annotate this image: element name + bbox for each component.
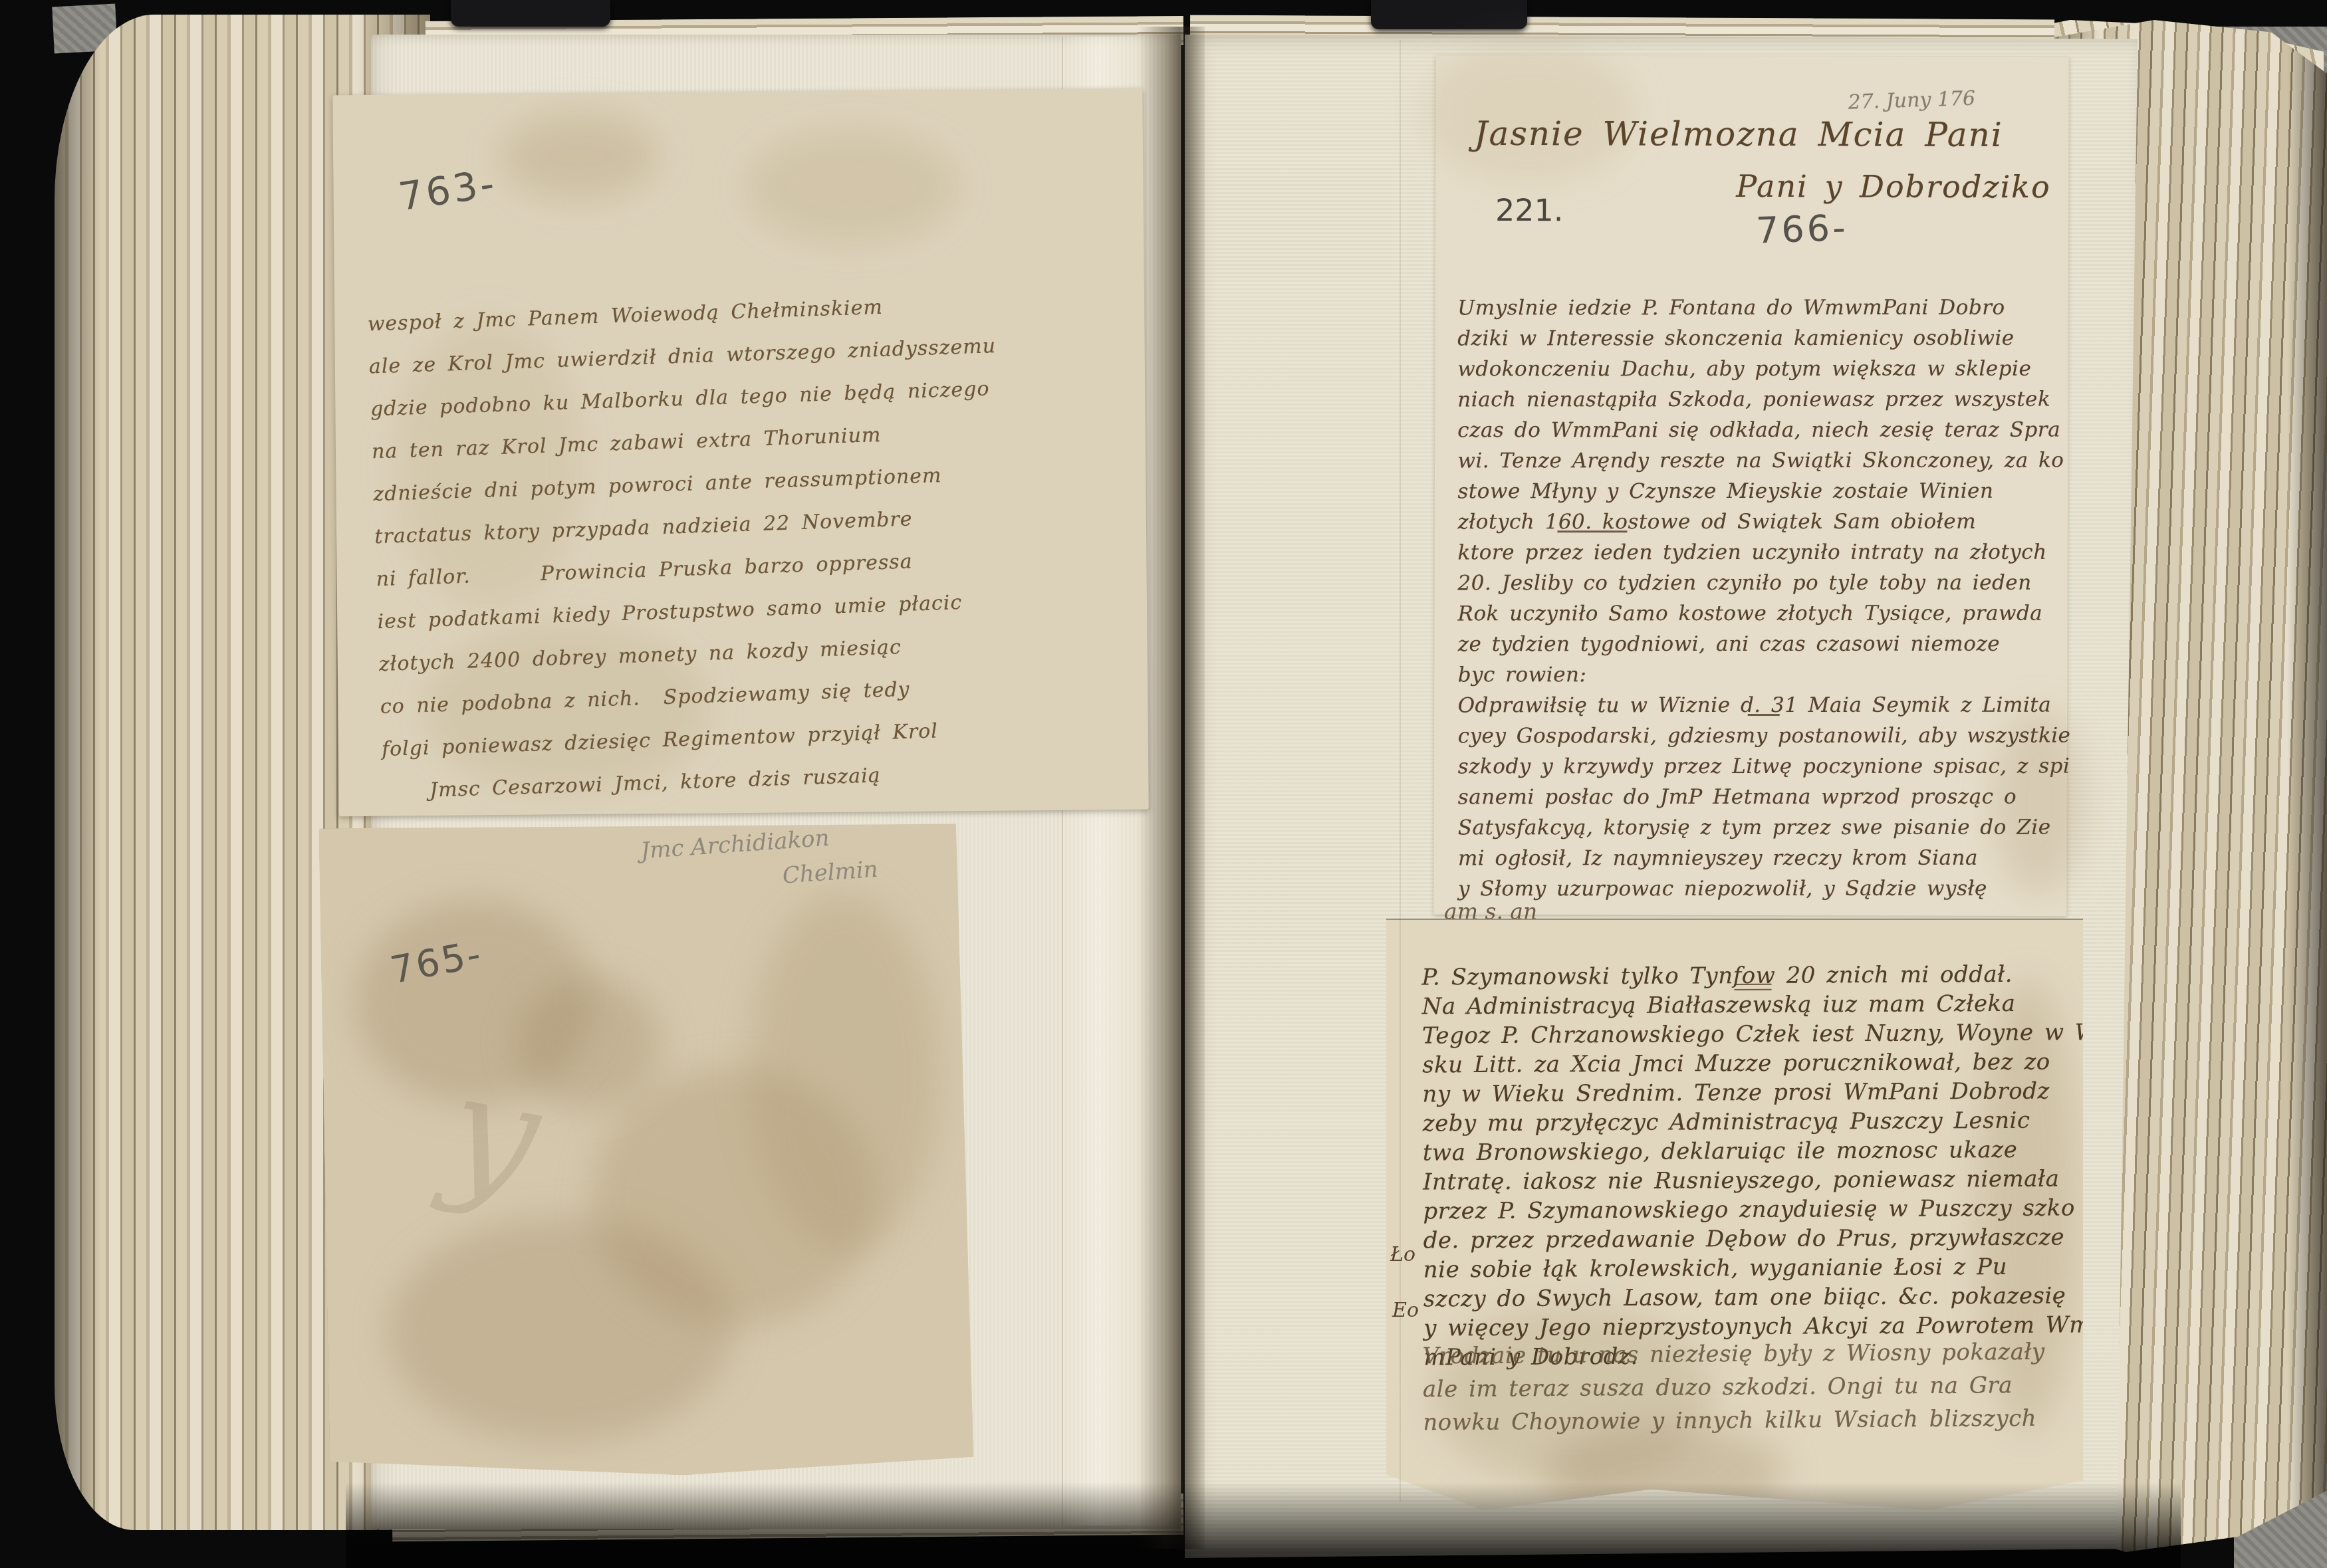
stain	[745, 891, 944, 1253]
stain	[499, 112, 660, 200]
scanner-clamp-right	[1371, 0, 1527, 29]
manuscript-line: mi ogłosił, Iz naymnieyszey rzeczy krom …	[1458, 843, 2044, 874]
manuscript-line: niach nienastąpiła Szkoda, poniewasz prz…	[1457, 384, 2043, 415]
manuscript-line: ny w Wieku Srednim. Tenze prosi WmPani D…	[1422, 1076, 2062, 1109]
marginal-letters: Eo	[1392, 1299, 1419, 1322]
pasted-letter-763: 763- wespoł z Jmc Panem Woiewodą Chełmin…	[332, 88, 1148, 817]
ink-showthrough-mark: y	[434, 1038, 552, 1229]
manuscript-line: twa Bronowskiego, deklaruiąc ile moznosc…	[1423, 1135, 2063, 1167]
manuscript-line: przez P. Szymanowskiego znayduiesię w Pu…	[1423, 1193, 2063, 1226]
manuscript-line: Rok uczyniło Samo kostowe złotych Tysiąc…	[1458, 598, 2044, 629]
manuscript-line: szkody y krzywdy przez Litwę poczynione …	[1458, 751, 2044, 782]
manuscript-line: 20. Jesliby co tydzien czyniło po tyle t…	[1458, 568, 2044, 599]
manuscript-line: czas do WmmPani się odkłada, niech zesię…	[1457, 415, 2043, 446]
page-number-766: 766-	[1755, 207, 1849, 251]
manuscript-line: zeby mu przyłęczyc Administracyą Puszczy…	[1423, 1105, 2063, 1138]
manuscript-line: Na Administracyą Białłaszewską iuz mam C…	[1422, 988, 2062, 1021]
scanner-clamp-left	[451, 0, 610, 27]
manuscript-line: Intratę. iakosz nie Rusnieyszego, poniew…	[1423, 1164, 2063, 1196]
folio-number: 221.	[1495, 192, 1564, 228]
ink-double-underline	[1735, 984, 1772, 990]
manuscript-line: Tegoz P. Chrzanowskiego Człek iest Nuzny…	[1422, 1018, 2062, 1050]
archival-book-photo: 763- wespoł z Jmc Panem Woiewodą Chełmin…	[0, 0, 2327, 1568]
letter-final-paragraph: Vrodzaie tu u nas niezłesię były z Wiosn…	[1422, 1335, 2063, 1440]
manuscript-line: Umyslnie iedzie P. Fontana do WmwmPani D…	[1457, 292, 2043, 324]
manuscript-line: sanemi posłac do JmP Hetmana wprzod pros…	[1458, 782, 2044, 813]
salutation-line-2: Pani y Dobrodziko	[1736, 168, 2051, 205]
letter-766-text: Umyslnie iedzie P. Fontana do WmwmPani D…	[1457, 292, 2044, 905]
manuscript-line: nie sobie łąk krolewskich, wyganianie Ło…	[1423, 1252, 2064, 1284]
manuscript-line: stowe Młyny y Czynsze Mieyskie zostaie W…	[1457, 476, 2043, 507]
manuscript-line: de. przez przedawanie Dębow do Prus, prz…	[1423, 1222, 2063, 1255]
letter-763-text: wespoł z Jmc Panem Woiewodą Chełminskiem…	[367, 279, 1115, 814]
clipped-line-fragment: am s. an	[1444, 899, 1790, 919]
right-page-crease	[1400, 40, 1401, 1502]
manuscript-line: wdokonczeniu Dachu, aby potym większa w …	[1457, 354, 2043, 385]
pasted-sheet-765: 765- y	[319, 818, 974, 1482]
manuscript-line: wi. Tenze Aręndy reszte na Swiątki Skonc…	[1457, 445, 2043, 477]
stain	[745, 130, 959, 245]
manuscript-line: cyey Gospodarski, gdziesmy postanowili, …	[1458, 721, 2044, 752]
manuscript-line: szczy do Swych Lasow, tam one biiąc. &c.…	[1423, 1281, 2064, 1313]
stain	[386, 1214, 735, 1446]
salutation-line-1: Jasnie Wielmozna Mcia Pani	[1474, 114, 2003, 154]
manuscript-line: Odprawiłsię tu w Wiznie d. 31 Maia Seymi…	[1458, 690, 2044, 721]
letter-continuation-text: P. Szymanowski tylko Tynfow 20 znich mi …	[1421, 959, 2064, 1372]
manuscript-line: byc rowien:	[1458, 659, 2044, 691]
manuscript-line: dziki w Interessie skonczenia kamienicy …	[1457, 323, 2043, 354]
manuscript-line: złotych 160. kostowe od Swiątek Sam obio…	[1457, 506, 2043, 538]
stain	[589, 1065, 880, 1329]
pasted-letter-766: 27. Juny 176 Jasnie Wielmozna Mcia Pani …	[1433, 56, 2068, 916]
manuscript-line: ze tydzien tygodniowi, ani czas czasowi …	[1458, 629, 2044, 660]
page-number-765: 765-	[387, 933, 486, 992]
manuscript-line: Vrodzaie tu u nas niezłesię były z Wiosn…	[1422, 1335, 2062, 1373]
marginal-letters: Ło	[1390, 1243, 1415, 1266]
manuscript-line: ale im teraz susza duzo szkodzi. Ongi tu…	[1423, 1369, 2063, 1406]
ink-underline	[1557, 530, 1627, 532]
manuscript-line: sku Litt. za Xcia Jmci Muzze porucznikow…	[1422, 1047, 2062, 1079]
ink-underline	[1748, 714, 1780, 716]
manuscript-line: ktore przez ieden tydzien uczyniło intra…	[1457, 537, 2043, 568]
manuscript-line: nowku Choynowie y innych kilku Wsiach bl…	[1423, 1402, 2063, 1440]
pencil-date-note: 27. Juny 176	[1848, 87, 1976, 114]
page-number-763: 763-	[396, 160, 499, 219]
pasted-letter-continuation: P. Szymanowski tylko Tynfow 20 znich mi …	[1386, 919, 2083, 1510]
stain	[1422, 43, 1636, 183]
manuscript-line: Satysfakcyą, ktorysię z tym przez swe pi…	[1458, 812, 2044, 843]
